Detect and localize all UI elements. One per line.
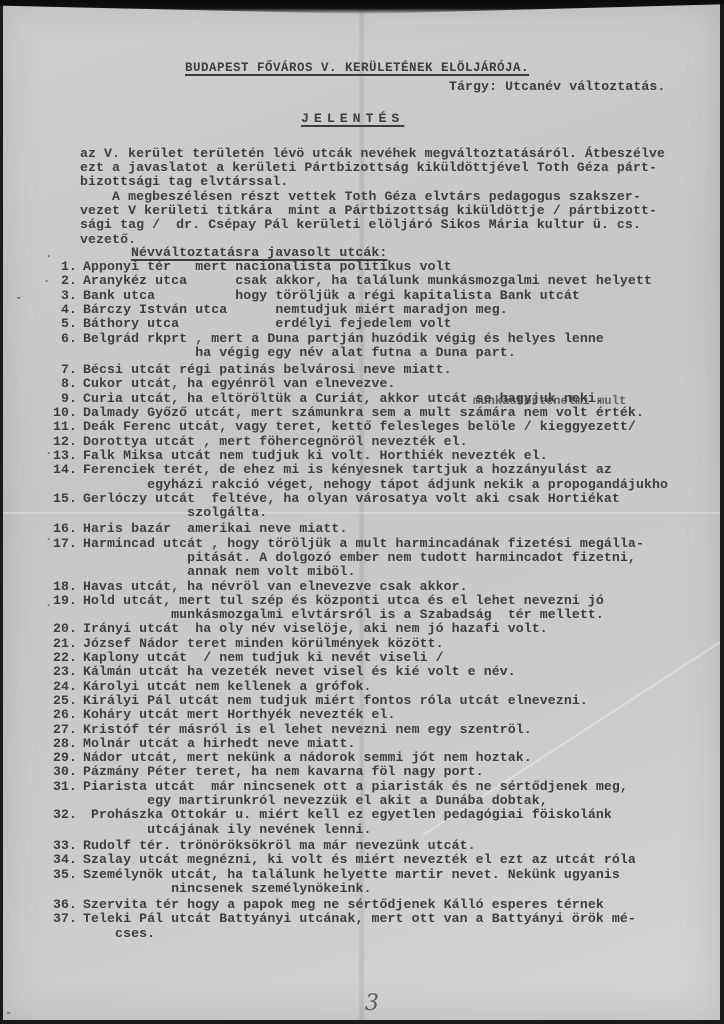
item-text: Báthory utca erdélyi fejedelem volt [83,316,452,331]
item-text: Kristóf tér másról is el lehet nevezni n… [83,722,532,737]
item-text: Szalay utcát megnézni, ki volt és miért … [83,852,636,867]
item-text: Deák Ferenc utcát, vagy teret, kettő fel… [83,419,636,434]
item-text: Teleki Pál utcát Battyányi utcának, mert… [83,911,636,926]
subject-line: Tárgy: Utcanév változtatás. [449,80,665,94]
item-text: Szervita tér hogy a papok meg ne sértődj… [83,897,604,912]
item-number: 34. [47,853,77,867]
document-page: BUDAPEST FŐVÁROS V. KERÜLETÉNEK ELÖLJÁRÓ… [3,4,720,1020]
list-item-continuation: annak nem volt miböl. [47,565,355,579]
item-text: Kálmán utcát ha vezeték nevet visel és k… [83,664,516,679]
list-item: 2.Aranykéz utca csak akkor, ha találunk … [47,274,652,288]
item-text: ha végig egy név alat futna a Duna part. [83,345,516,360]
list-item: 20.Irányi utcát ha oly név viselöje, aki… [47,622,548,636]
item-text: munkásmozgalmi elvtársról is a Szabadság… [83,607,604,622]
item-number: 8. [47,377,77,391]
list-item: 23.Kálmán utcát ha vezeték nevet visel é… [47,665,516,679]
item-text: cses. [83,926,155,941]
item-text: egyházi rakció véget, nehogy tápot ádjun… [83,477,668,492]
list-item: 14.Ferenciek terét, de ehez mi is kényes… [47,463,612,477]
margin-dash: - [15,291,22,305]
item-text: Piarista utcát már nincsenek ott a piari… [83,779,628,794]
margin-dot: . [45,530,52,544]
typewritten-report: BUDAPEST FŐVÁROS V. KERÜLETÉNEK ELÖLJÁRÓ… [3,4,720,1020]
item-text: Személynök utcát, ha találunk helyette m… [83,867,620,882]
item-text: Bárczy István utca nemtudjuk miért marad… [83,302,508,317]
item-text: Aranykéz utca csak akkor, ha találunk mu… [83,273,652,288]
intro-line: vezető. [80,233,136,247]
document-title: JELENTÉS [301,112,404,126]
item-number: 5. [47,317,77,331]
item-text: Pázmány Péter teret, ha nem kavarna föl … [83,764,484,779]
margin-dash: - [5,1006,12,1020]
item-text: Bécsi utcát régi patinás belvárosi neve … [83,362,452,377]
list-item: 34.Szalay utcát megnézni, ki volt és mié… [47,853,636,867]
item-number: 2. [47,274,77,288]
list-item-continuation: szolgálta. [47,506,267,520]
item-text: Apponyi tér mert nacionalista politikus … [83,259,452,274]
item-text: József Nádor teret minden körülmények kö… [83,636,444,651]
list-item: 26.Koháry utcát mert Horthyék nevezték e… [47,708,396,722]
item-text: Károlyi utcát nem kellenek a grófok. [83,679,372,694]
item-number: 32. [47,808,77,822]
item-text: Koháry utcát mert Horthyék nevezték el. [83,707,396,722]
list-item: 37.Teleki Pál utcát Battyányi utcának, m… [47,912,636,926]
item-number: 15. [47,492,77,506]
item-number: 23. [47,665,77,679]
handwritten-page-number: 3 [365,991,379,1016]
item-text: Bank utca hogy töröljük a régi kapitalis… [83,288,580,303]
list-item: 11.Deák Ferenc utcát, vagy teret, kettő … [47,420,636,434]
list-item-continuation: nincsenek személynökeink. [47,882,372,896]
item-number: 14. [47,463,77,477]
margin-dot: . [45,596,52,610]
item-number: 20. [47,622,77,636]
item-text: Dorottya utcát , mert föhercegnöröl neve… [83,434,468,449]
item-text: Gerlóczy utcát feltéve, ha olyan városat… [83,491,620,506]
item-number: 11. [47,420,77,434]
list-item-continuation: utcájának ily nevének lenni. [47,823,372,837]
item-text: Hold utcát, mert tul szép és központi ut… [83,593,604,608]
item-text: Haris bazár amerikai neve miatt. [83,521,347,536]
item-text: szolgálta. [83,505,267,520]
item-text: Harmincad utcát , hogy töröljük a mult h… [83,536,644,551]
list-item-continuation: cses. [47,927,155,941]
item-text: Belgrád rkprt , mert a Duna partján huzó… [83,331,604,346]
intro-line: sági tag / dr. Csépay Pál kerületi elölj… [80,218,641,232]
item-text: nincsenek személynökeink. [83,881,372,896]
item-number: 35. [47,868,77,882]
item-text: Rudolf tér. trönöröksökröl ma már nevezü… [83,838,476,853]
list-item: 30.Pázmány Péter teret, ha nem kavarna f… [47,765,484,779]
item-text: annak nem volt miböl. [83,564,355,579]
item-text: Ferenciek terét, de ehez mi is kényesnek… [83,462,612,477]
item-text: Cukor utcát, ha egyénröl van elnevezve. [83,376,396,391]
typed-correction-overlay: munkástörténelmi mult [473,394,626,408]
item-number: 26. [47,708,77,722]
list-item: 5.Báthory utca erdélyi fejedelem volt [47,317,452,331]
item-text: Királyi Pál utcát nem tudjuk miért fonto… [83,693,588,708]
item-number: 37. [47,912,77,926]
list-item: 32. Prohászka Ottokár u. miért kell ez e… [47,808,612,822]
item-number: 31. [47,780,77,794]
item-text: egy martirunkról nevezzük el akit a Duná… [83,793,548,808]
margin-dot: . [43,272,50,286]
item-text: Nádor utcát, mert nekünk a nádorok semmi… [83,750,532,765]
margin-dot: . [45,444,52,458]
list-item-continuation: ha végig egy név alat futna a Duna part. [47,346,516,360]
item-text: Prohászka Ottokár u. miért kell ez egyet… [83,807,612,822]
list-item: 16.Haris bazár amerikai neve miatt. [47,522,347,536]
item-text: pitását. A dolgozó ember nem tudott harm… [83,550,636,565]
item-text: Molnár utcát a hirhedt neve miatt. [83,736,355,751]
list-item: 8.Cukor utcát, ha egyénröl van elnevezve… [47,377,396,391]
item-number: 6. [47,332,77,346]
item-text: Irányi utcát ha oly név viselöje, aki ne… [83,621,548,636]
issuing-authority: BUDAPEST FŐVÁROS V. KERÜLETÉNEK ELÖLJÁRÓ… [185,61,529,75]
margin-dot: . [45,247,52,261]
item-text: Havas utcát, ha névröl van elnevezve csa… [83,579,468,594]
item-text: Falk Miksa utcát nem tudjuk ki volt. Hor… [83,448,548,463]
item-number: 30. [47,765,77,779]
intro-line: bizottsági tag elvtárssal. [80,175,288,189]
item-text: Kaplony utcát / nem tudjuk ki nevét vise… [83,650,444,665]
item-text: utcájának ily nevének lenni. [83,822,372,837]
